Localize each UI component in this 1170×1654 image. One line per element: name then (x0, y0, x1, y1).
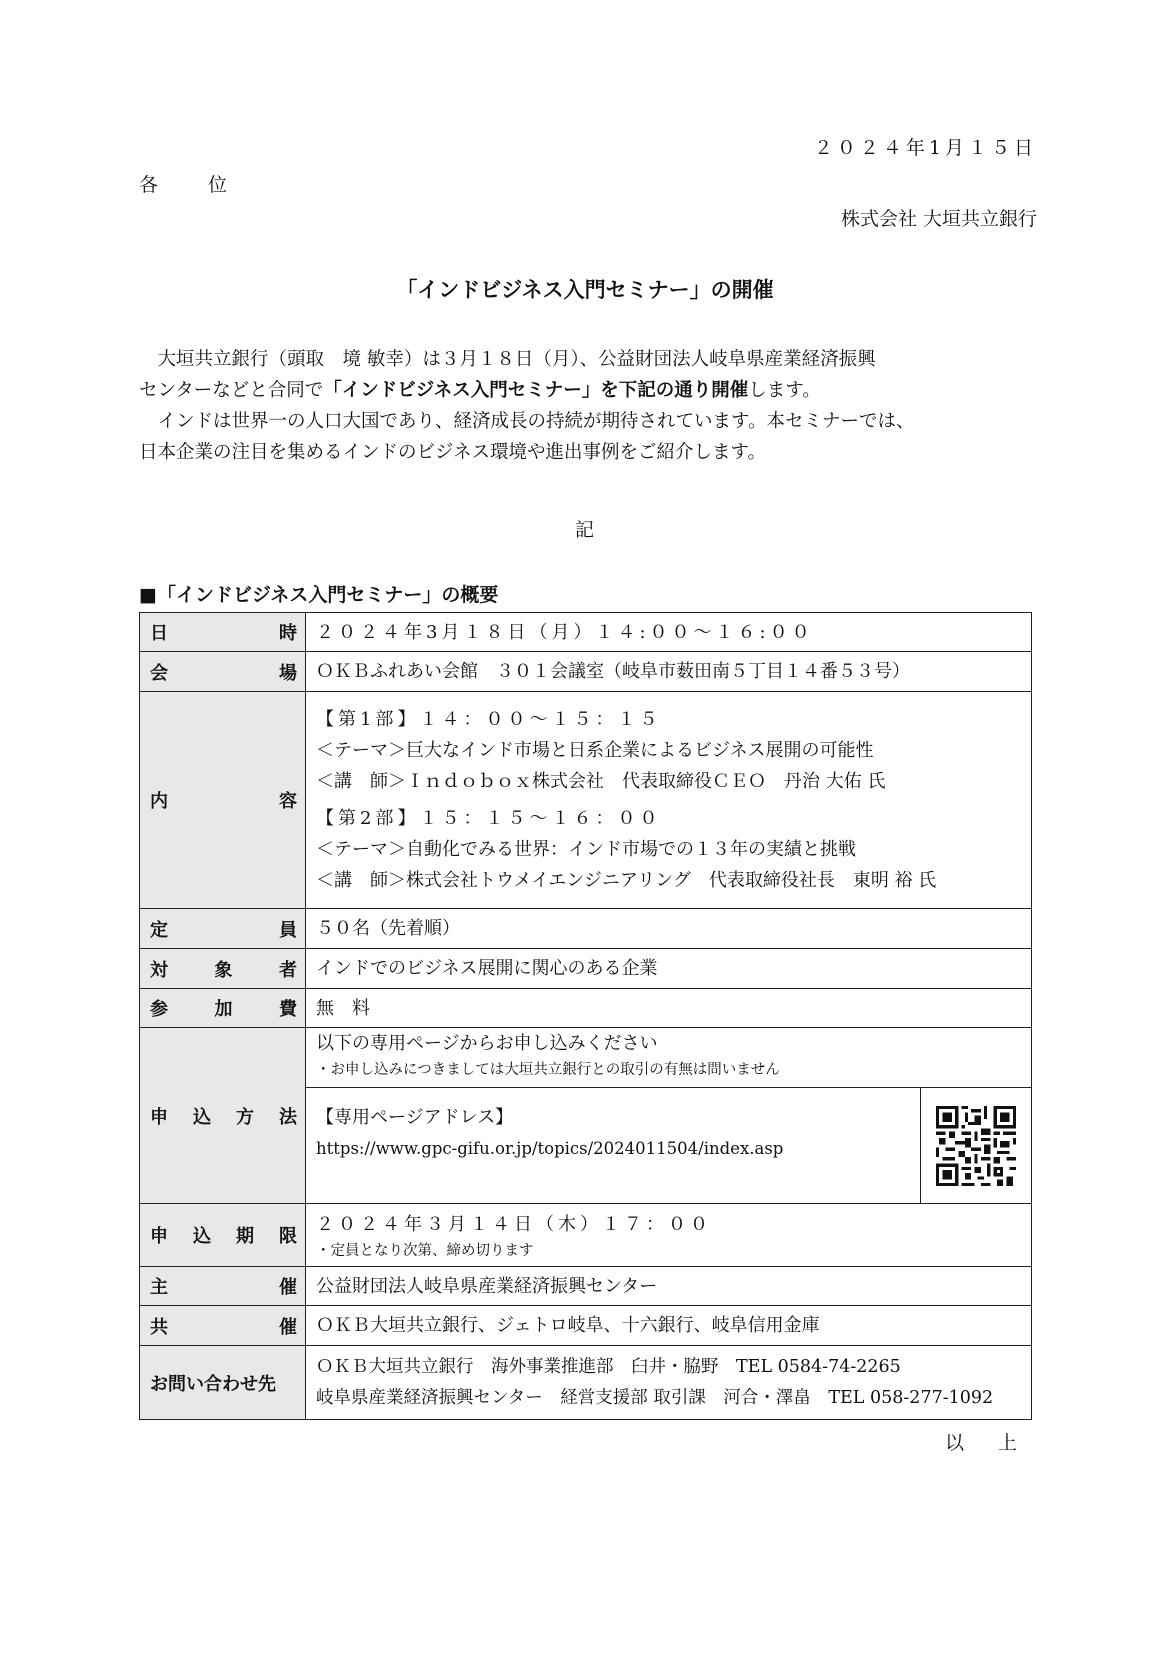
value-venue: ＯＫＢふれあい会館 ３０１会議室（岐阜市薮田南５丁目１４番５３号） (306, 652, 1032, 692)
part2-speaker: ＜講 師＞株式会社トウメイエンジニアリング 代表取締役社長 東明 裕 氏 (316, 865, 1021, 896)
label-deadline: 申込期限 (140, 1204, 306, 1267)
value-target: インドでのビジネス展開に関心のある企業 (306, 949, 1032, 989)
section-heading: ■「インドビジネス入門セミナー」の概要 (139, 580, 498, 607)
highlight-text: 「インドビジネス入門セミナー」を下記の通り開催 (323, 380, 748, 401)
label-target: 対象者 (140, 949, 306, 989)
registration-url-link[interactable]: https://www.gpc-gifu.or.jp/topics/202401… (316, 1133, 910, 1164)
table-row-organizer: 主催 公益財団法人岐阜県産業経済振興センター (140, 1267, 1032, 1306)
qr-code-cell (920, 1088, 1031, 1203)
ki-marker: 記 (575, 515, 594, 542)
table-row-co-organizer: 共催 ＯＫＢ大垣共立銀行、ジェトロ岐阜、十六銀行、岐阜信用金庫 (140, 1306, 1032, 1346)
label-contact: お問い合わせ先 (140, 1346, 306, 1420)
table-row-datetime: 日時 ２０２４年3月１８日（月）１４:００～１６:００ (140, 613, 1032, 652)
part1-header: 【第1部】１４：００～１５：１５ (316, 704, 1021, 735)
table-row-target: 対象者 インドでのビジネス展開に関心のある企業 (140, 949, 1032, 989)
deadline-datetime: ２０２４年３月１４日（木）１７：００ (316, 1209, 1021, 1240)
label-apply-method: 申込方法 (140, 1028, 306, 1204)
label-co-organizer: 共催 (140, 1306, 306, 1346)
table-row-contact: お問い合わせ先 ＯＫＢ大垣共立銀行 海外事業推進部 臼井・脇野 TEL 0584… (140, 1346, 1032, 1420)
label-venue: 会場 (140, 652, 306, 692)
table-row-capacity: 定員 ５０名（先着順） (140, 909, 1032, 949)
value-co-organizer: ＯＫＢ大垣共立銀行、ジェトロ岐阜、十六銀行、岐阜信用金庫 (306, 1306, 1032, 1346)
value-datetime: ２０２４年3月１８日（月）１４:００～１６:００ (306, 613, 1032, 652)
apply-note: ・お申し込みにつきましては大垣共立銀行との取引の有無は問いません (316, 1059, 1021, 1081)
part2-theme: ＜テーマ＞自動化でみる世界：インド市場での１３年の実績と挑戦 (316, 834, 1021, 865)
deadline-note: ・定員となり次第、締め切ります (316, 1240, 1021, 1262)
contact-okb: ＯＫＢ大垣共立銀行 海外事業推進部 臼井・脇野 TEL 0584-74-2265 (316, 1352, 1021, 1383)
seminar-overview-table: 日時 ２０２４年3月１８日（月）１４:００～１６:００ 会場 ＯＫＢふれあい会館… (139, 612, 1032, 1420)
apply-instruction: 以下の専用ページからお申し込みください (316, 1028, 1021, 1059)
qr-code-icon[interactable] (936, 1106, 1016, 1186)
label-capacity: 定員 (140, 909, 306, 949)
label-datetime: 日時 (140, 613, 306, 652)
table-row-fee: 参加費 無 料 (140, 989, 1032, 1028)
table-row-apply-method: 申込方法 以下の専用ページからお申し込みください ・お申し込みにつきましては大垣… (140, 1028, 1032, 1204)
label-fee: 参加費 (140, 989, 306, 1028)
closing-mark: 以 上 (945, 1428, 1031, 1455)
value-apply-method: 以下の専用ページからお申し込みください ・お申し込みにつきましては大垣共立銀行と… (306, 1028, 1032, 1204)
label-organizer: 主催 (140, 1267, 306, 1306)
label-content: 内容 (140, 692, 306, 909)
document-date: ２０２４年1月１５日 (814, 133, 1037, 160)
paragraph-2-line-1: インドは世界一の人口大国であり、経済成長の持続が期待されています。本セミナーでは… (139, 407, 1039, 433)
value-organizer: 公益財団法人岐阜県産業経済振興センター (306, 1267, 1032, 1306)
document-title: 「インドビジネス入門セミナー」の開催 (0, 274, 1170, 304)
addressee: 各 位 (139, 170, 249, 197)
value-capacity: ５０名（先着順） (306, 909, 1032, 949)
value-fee: 無 料 (306, 989, 1032, 1028)
part1-speaker: ＜講 師＞Ｉｎｄｏｂｏｘ株式会社 代表取締役ＣＥＯ 丹治 大佑 氏 (316, 766, 1021, 797)
part1-theme: ＜テーマ＞巨大なインド市場と日系企業によるビジネス展開の可能性 (316, 735, 1021, 766)
paragraph-1-line-2: センターなどと合同で「インドビジネス入門セミナー」を下記の通り開催します。 (139, 376, 1039, 402)
part2-header: 【第2部】１５：１５～１６：００ (316, 803, 1021, 834)
table-row-content: 内容 【第1部】１４：００～１５：１５ ＜テーマ＞巨大なインド市場と日系企業によ… (140, 692, 1032, 909)
value-deadline: ２０２４年３月１４日（木）１７：００ ・定員となり次第、締め切ります (306, 1204, 1032, 1267)
address-header: 【専用ページアドレス】 (316, 1102, 910, 1133)
paragraph-1-line-1: 大垣共立銀行（頭取 境 敏幸）は３月１８日（月）、公益財団法人岐阜県産業経済振興 (139, 345, 1039, 371)
value-contact: ＯＫＢ大垣共立銀行 海外事業推進部 臼井・脇野 TEL 0584-74-2265… (306, 1346, 1032, 1420)
value-content: 【第1部】１４：００～１５：１５ ＜テーマ＞巨大なインド市場と日系企業によるビジ… (306, 692, 1032, 909)
table-row-deadline: 申込期限 ２０２４年３月１４日（木）１７：００ ・定員となり次第、締め切ります (140, 1204, 1032, 1267)
table-row-venue: 会場 ＯＫＢふれあい会館 ３０１会議室（岐阜市薮田南５丁目１４番５３号） (140, 652, 1032, 692)
issuer-company: 株式会社 大垣共立銀行 (841, 204, 1037, 231)
paragraph-2-line-2: 日本企業の注目を集めるインドのビジネス環境や進出事例をご紹介します。 (139, 438, 1039, 464)
contact-gpc: 岐阜県産業経済振興センター 経営支援部 取引課 河合・澤畠 TEL 058-27… (316, 1383, 1021, 1414)
